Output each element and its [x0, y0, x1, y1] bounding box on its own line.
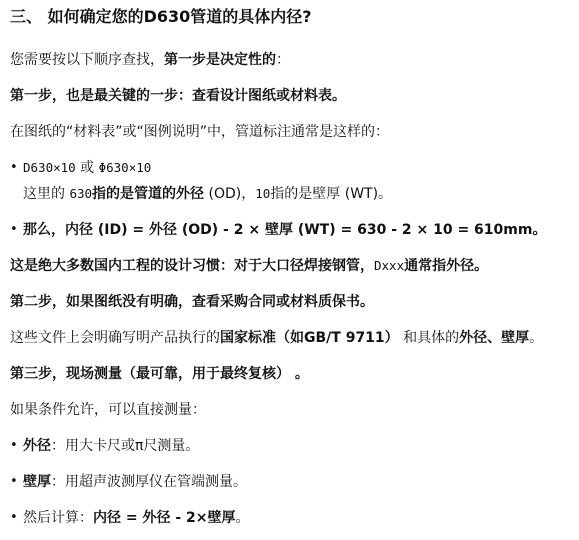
bold-text: 第二步，如果图纸没有明确，查看采购合同或材料质保书。 — [10, 294, 374, 310]
bullet-item: •外径：用大卡尺或π尺测量。 — [10, 433, 577, 459]
bullet-text: D630×10 或 Φ630×10这里的 630指的是管道的外径 (OD)，10… — [23, 155, 577, 207]
bullet-item: •D630×10 或 Φ630×10这里的 630指的是管道的外径 (OD)，1… — [10, 155, 577, 207]
bullet-icon: • — [10, 505, 23, 531]
code-span: Φ630×10 — [99, 160, 152, 175]
document: 三、 如何确定您的D630管道的具体内径?您需要按以下顺序查找，第一步是决定性的… — [0, 0, 579, 531]
bullet-line: 那么，内径 (ID) = 外径 (OD) - 2 × 壁厚 (WT) = 630… — [23, 217, 577, 243]
bold-text: 指的是管道的外径 — [92, 186, 204, 202]
bullet-icon: • — [10, 217, 23, 243]
text-run: 。 — [529, 330, 543, 346]
text-run: 然后计算： — [23, 510, 93, 526]
bullet-icon: • — [10, 155, 23, 207]
bold-text: 外径、壁厚 — [459, 330, 529, 346]
text-run: ：用超声波测厚仪在管端测量。 — [51, 474, 247, 490]
code-span: 630 — [69, 186, 92, 201]
bold-text: 外径 — [23, 438, 51, 454]
bullet-item: •壁厚：用超声波测厚仪在管端测量。 — [10, 469, 577, 495]
text-run: 或 — [76, 160, 99, 176]
bullet-icon: • — [10, 433, 23, 459]
paragraph: 如果条件允许，可以直接测量： — [10, 397, 577, 423]
code-span: Dxxx — [374, 258, 404, 273]
text-run: 这些文件上会明确写明产品执行的 — [10, 330, 220, 346]
bullet-text: 壁厚：用超声波测厚仪在管端测量。 — [23, 469, 577, 495]
bullet-line: 然后计算：内径 = 外径 - 2×壁厚。 — [23, 505, 577, 531]
bold-text: 第一步，也是最关键的一步：查看设计图纸或材料表。 — [10, 88, 346, 104]
document-blocks: 三、 如何确定您的D630管道的具体内径?您需要按以下顺序查找，第一步是决定性的… — [10, 6, 577, 531]
text-run: 如果条件允许，可以直接测量： — [10, 402, 206, 418]
bold-text: 那么，内径 (ID) = 外径 (OD) - 2 × 壁厚 (WT) = 630… — [23, 222, 546, 238]
bold-text: 壁厚 — [23, 474, 51, 490]
bold-text: 通常指外径。 — [404, 258, 488, 274]
text-run: ：用大卡尺或π尺测量。 — [51, 438, 199, 454]
paragraph: 您需要按以下顺序查找，第一步是决定性的： — [10, 47, 577, 73]
bullet-text: 那么，内径 (ID) = 外径 (OD) - 2 × 壁厚 (WT) = 630… — [23, 217, 577, 243]
bold-text: 国家标准（如GB/T 9711） — [220, 330, 399, 346]
text-run: 指的是壁厚 (WT)。 — [270, 186, 392, 202]
bullet-line: 壁厚：用超声波测厚仪在管端测量。 — [23, 469, 577, 495]
text-run: 在图纸的“材料表”或“图例说明”中，管道标注通常是这样的： — [10, 124, 389, 140]
text-run: 这里的 — [23, 186, 69, 202]
bold-text: 内径 = 外径 - 2×壁厚 — [93, 510, 236, 526]
code-span: 10 — [255, 186, 270, 201]
paragraph: 在图纸的“材料表”或“图例说明”中，管道标注通常是这样的： — [10, 119, 577, 145]
bullet-line: 这里的 630指的是管道的外径 (OD)，10指的是壁厚 (WT)。 — [23, 181, 577, 207]
bullet-item: •然后计算：内径 = 外径 - 2×壁厚。 — [10, 505, 577, 531]
text-run: 和具体的 — [399, 330, 459, 346]
paragraph: 这是绝大多数国内工程的设计习惯：对于大口径焊接钢管，Dxxx通常指外径。 — [10, 253, 577, 279]
bullet-line: D630×10 或 Φ630×10 — [23, 155, 577, 181]
page-title: 三、 如何确定您的D630管道的具体内径? — [10, 6, 577, 28]
text-run: (OD)， — [204, 186, 255, 202]
bold-text: 这是绝大多数国内工程的设计习惯：对于大口径焊接钢管， — [10, 258, 374, 274]
bullet-icon: • — [10, 469, 23, 495]
bullet-line: 外径：用大卡尺或π尺测量。 — [23, 433, 577, 459]
paragraph: 第二步，如果图纸没有明确，查看采购合同或材料质保书。 — [10, 289, 577, 315]
text-run: ： — [276, 52, 290, 68]
bold-text: 第一步是决定性的 — [164, 52, 276, 68]
bullet-text: 外径：用大卡尺或π尺测量。 — [23, 433, 577, 459]
bullet-text: 然后计算：内径 = 外径 - 2×壁厚。 — [23, 505, 577, 531]
text-run: 。 — [236, 510, 250, 526]
paragraph: 第三步，现场测量（最可靠，用于最终复核） 。 — [10, 361, 577, 387]
bullet-item: •那么，内径 (ID) = 外径 (OD) - 2 × 壁厚 (WT) = 63… — [10, 217, 577, 243]
paragraph: 第一步，也是最关键的一步：查看设计图纸或材料表。 — [10, 83, 577, 109]
text-run: 您需要按以下顺序查找， — [10, 52, 164, 68]
bold-text: 第三步，现场测量（最可靠，用于最终复核） 。 — [10, 366, 309, 382]
bold-text: 三、 如何确定您的D630管道的具体内径? — [10, 7, 312, 26]
code-span: D630×10 — [23, 160, 76, 175]
paragraph: 这些文件上会明确写明产品执行的国家标准（如GB/T 9711） 和具体的外径、壁… — [10, 325, 577, 351]
